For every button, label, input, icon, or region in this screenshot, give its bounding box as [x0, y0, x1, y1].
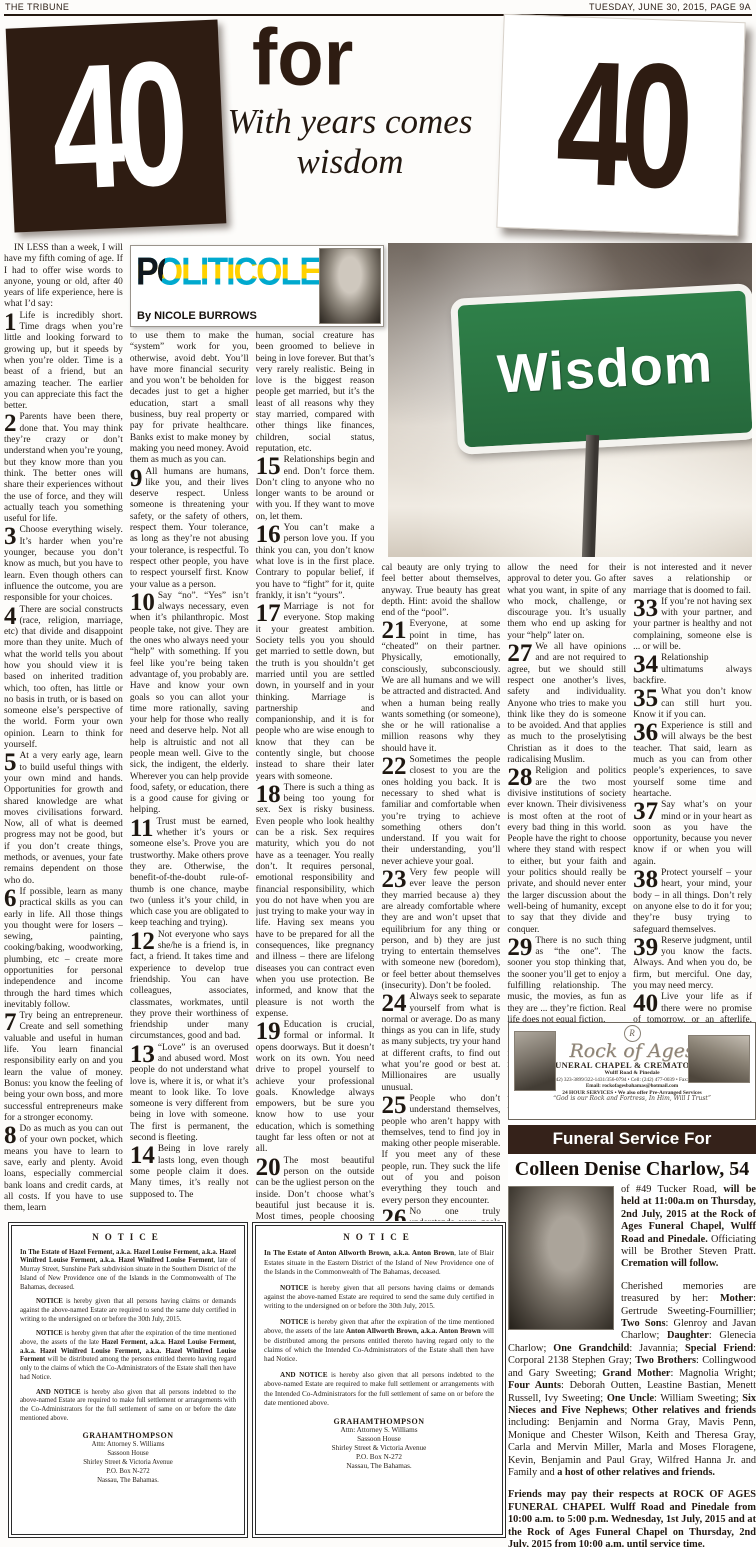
- item-number: 19: [256, 1020, 284, 1042]
- notice-paragraph: AND NOTICE is hereby also given that all…: [20, 1389, 236, 1424]
- item-number: 1: [4, 311, 20, 333]
- article-item-9: 9All humans are humans, like you, and th…: [130, 467, 249, 591]
- article-paragraph: allow the need for their approval to det…: [507, 563, 626, 642]
- article-item-10: 10Say “no”. “Yes” isn’t always necessary…: [130, 591, 249, 817]
- article-item-20: 20The most beautiful person on the outsi…: [256, 1156, 375, 1221]
- headline-tagline: With years comes wisdom: [218, 102, 482, 182]
- article-item-11: 11Trust must be earned, whether it’s you…: [130, 817, 249, 930]
- article-item-6: 6If possible, learn as many practical sk…: [4, 887, 123, 1011]
- item-number: 27: [507, 642, 535, 664]
- article-item-14: 14Being in love rarely lasts long, even …: [130, 1144, 249, 1200]
- article-item-33: 33If you’re not having sex with your par…: [633, 597, 752, 653]
- masthead-rule: [4, 14, 752, 16]
- signature-line: Nassau, The Bahamas.: [264, 1462, 494, 1471]
- paper-name: THE TRIBUNE: [5, 2, 69, 12]
- item-number: 23: [381, 868, 409, 890]
- notice-paragraph: In The Estate of Anton Allworth Brown, a…: [264, 1249, 494, 1277]
- legal-notice-brown: NOTICEIn The Estate of Anton Allworth Br…: [252, 1222, 506, 1538]
- article-column-1: IN LESS than a week, I will have my fift…: [4, 243, 123, 1221]
- headline-for: for: [252, 12, 353, 103]
- article-item-13: 13“Love” is an overused and abused word.…: [130, 1043, 249, 1145]
- article-item-27: 27We all have opinions and are not requi…: [507, 642, 626, 766]
- item-number: 20: [256, 1156, 284, 1178]
- article-item-3: 3Choose everything wisely. It’s harder w…: [4, 525, 123, 604]
- sign-post: [582, 435, 599, 557]
- item-number: 13: [130, 1043, 158, 1065]
- signature-line: Attn: Attorney S. Williams: [264, 1426, 494, 1435]
- article-item-26: 26No one truly understands your goals an…: [381, 1207, 500, 1221]
- item-number: 7: [4, 1011, 20, 1033]
- article-paragraph: to use them to make the “system” work fo…: [130, 331, 249, 467]
- item-number: 21: [381, 619, 409, 641]
- author-headshot-photo: [319, 248, 381, 324]
- politicole-logo: POLITICOLE: [136, 250, 320, 295]
- notice-paragraph: In The Estate of Hazel Ferment, a.k.a. H…: [20, 1249, 236, 1293]
- article-item-15: 15Relationships begin and end. Don’t for…: [256, 455, 375, 523]
- hearse-carriage-photo: [688, 1035, 750, 1083]
- item-number: 33: [633, 597, 661, 619]
- item-number: 38: [633, 868, 661, 890]
- masthead: THE TRIBUNE TUESDAY, JUNE 30, 2015, PAGE…: [5, 2, 751, 12]
- item-number: 36: [633, 721, 661, 743]
- headline-40-left: 40: [48, 22, 184, 230]
- item-number: 15: [256, 455, 284, 477]
- notice-paragraph: AND NOTICE is hereby also given that all…: [264, 1371, 494, 1409]
- article-item-5: 5At a very early age, learn to build use…: [4, 751, 123, 887]
- item-number: 35: [633, 687, 661, 709]
- signature-line: Attn: Attorney S. Williams: [20, 1440, 236, 1449]
- article-item-25: 25People who don’t understand themselves…: [381, 1094, 500, 1207]
- item-number: 26: [381, 1207, 409, 1221]
- chapel-motto: “God is our Rock and Fortress, In Him, W…: [509, 1096, 755, 1103]
- headline-40-right: 40: [554, 21, 689, 228]
- item-number: 3: [4, 525, 20, 547]
- article-item-21: 21Everyone, at some point in time, has “…: [381, 619, 500, 755]
- item-number: 16: [256, 523, 284, 545]
- article-item-29: 29There is no such thing as “the one”. T…: [507, 936, 626, 1026]
- article-item-1: 1Life is incredibly short. Time drags wh…: [4, 311, 123, 413]
- item-number: 17: [256, 602, 284, 624]
- article-item-34: 34Relationship ultimatums always backfir…: [633, 653, 752, 687]
- highway-sign: Wisdom: [450, 283, 752, 455]
- article-item-36: 36Experience is still and will always be…: [633, 721, 752, 800]
- item-number: 9: [130, 467, 146, 489]
- article-item-12: 12Not everyone who says she/he is a frie…: [130, 930, 249, 1043]
- signature-line: Shirley Street & Victoria Avenue: [264, 1444, 494, 1453]
- funeral-paragraph: Friends may pay their respects at ROCK O…: [508, 1489, 756, 1547]
- item-number: 29: [507, 936, 535, 958]
- article-item-8: 8Do as much as you can out of your own p…: [4, 1124, 123, 1214]
- item-number: 28: [507, 766, 535, 788]
- emblem-letter: R: [629, 1028, 635, 1038]
- funeral-notice-body: of #49 Tucker Road, will be held at 11:0…: [508, 1184, 756, 1547]
- notice-header: NOTICE: [20, 1233, 236, 1242]
- notice-header: NOTICE: [264, 1233, 494, 1242]
- notice-paragraph: NOTICE is hereby given that after the ex…: [264, 1318, 494, 1365]
- funeral-service-banner: Funeral Service For: [508, 1125, 756, 1154]
- issue-date-page: TUESDAY, JUNE 30, 2015, PAGE 9A: [589, 2, 751, 12]
- item-number: 8: [4, 1124, 20, 1146]
- item-number: 18: [256, 783, 284, 805]
- signature-line: Nassau, The Bahamas.: [20, 1476, 236, 1485]
- article-item-37: 37Say what’s on your mind or in your hea…: [633, 800, 752, 868]
- legal-notice-ferment: NOTICEIn The Estate of Hazel Ferment, a.…: [8, 1222, 248, 1538]
- politicole-logo-box: POLITICOLE By NICOLE BURROWS: [130, 245, 384, 327]
- article-item-28: 28Religion and politics are the two most…: [507, 766, 626, 935]
- notice-signature: GRAHAMTHOMPSONAttn: Attorney S. Williams…: [264, 1417, 494, 1471]
- signature-line: P.O. Box N-272: [20, 1467, 236, 1476]
- item-number: 39: [633, 936, 661, 958]
- article-item-24: 24Always seek to separate yourself from …: [381, 992, 500, 1094]
- item-number: 6: [4, 887, 20, 909]
- article-item-19: 19Education is crucial, formal or inform…: [256, 1020, 375, 1156]
- article-item-17: 17Marriage is not for everyone. Stop mak…: [256, 602, 375, 783]
- article-paragraph: human, social creature has been groomed …: [256, 331, 375, 455]
- article-column-2: to use them to make the “system” work fo…: [130, 243, 249, 1221]
- article-item-16: 16You can’t make a person love you. If y…: [256, 523, 375, 602]
- article-item-22: 22Sometimes the people closest to you ar…: [381, 755, 500, 868]
- item-number: 10: [130, 591, 158, 613]
- item-number: 25: [381, 1094, 409, 1116]
- item-number: 22: [381, 755, 409, 777]
- article-item-39: 39Reserve judgment, until you know the f…: [633, 936, 752, 992]
- article-item-38: 38Protect yourself – your heart, your mi…: [633, 868, 752, 936]
- item-number: 37: [633, 800, 661, 822]
- item-number: 5: [4, 751, 20, 773]
- notice-paragraph: NOTICE is hereby given that all persons …: [264, 1284, 494, 1312]
- article-item-2: 2Parents have been there, done that. You…: [4, 412, 123, 525]
- item-number: 34: [633, 653, 661, 675]
- article-paragraph: cal beauty are only trying to feel bette…: [381, 563, 500, 619]
- signature-line: GRAHAMTHOMPSON: [264, 1417, 494, 1426]
- item-number: 12: [130, 930, 158, 952]
- signature-line: Sassoon House: [20, 1449, 236, 1458]
- headline-40-left-box: 40: [6, 19, 227, 232]
- wisdom-sign-photo: Wisdom: [388, 243, 752, 557]
- deceased-photo: [508, 1186, 614, 1330]
- signature-line: Sassoon House: [264, 1435, 494, 1444]
- article-item-35: 35What you don’t know can still hurt you…: [633, 687, 752, 721]
- notice-paragraph: NOTICE is hereby given that all persons …: [20, 1298, 236, 1324]
- deceased-name: Colleen Denise Charlow, 54: [508, 1154, 756, 1184]
- article-paragraph: is not interested and it never saves a r…: [633, 563, 752, 597]
- item-number: 2: [4, 412, 20, 434]
- signature-line: GRAHAMTHOMPSON: [20, 1431, 236, 1440]
- funeral-chapel-ad: R Rock of Ages FUNERAL CHAPEL & CREMATOR…: [508, 1022, 756, 1120]
- article-item-4: 4There are social constructs (race, reli…: [4, 605, 123, 752]
- notice-paragraph: NOTICE is hereby given that after the ex…: [20, 1330, 236, 1382]
- article-column-3: human, social creature has been groomed …: [256, 243, 375, 1221]
- author-byline: By NICOLE BURROWS: [137, 310, 257, 322]
- item-number: 24: [381, 992, 409, 1014]
- funeral-director-photo: [514, 1031, 556, 1091]
- signature-line: Shirley Street & Victoria Avenue: [20, 1458, 236, 1467]
- funeral-section: R Rock of Ages FUNERAL CHAPEL & CREMATOR…: [508, 1022, 756, 1547]
- article-item-23: 23Very few people will ever leave the pe…: [381, 868, 500, 992]
- wisdom-sign-text: Wisdom: [496, 332, 714, 405]
- notice-signature: GRAHAMTHOMPSONAttn: Attorney S. Williams…: [20, 1431, 236, 1485]
- article-item-18: 18There is such a thing as being too you…: [256, 783, 375, 1020]
- item-number: 40: [633, 992, 661, 1014]
- item-number: 4: [4, 605, 20, 627]
- article-item-7: 7Try being an entrepreneur. Create and s…: [4, 1011, 123, 1124]
- item-number: 14: [130, 1144, 158, 1166]
- article-paragraph: IN LESS than a week, I will have my fift…: [4, 243, 123, 311]
- headline-40-right-box: 40: [496, 14, 745, 236]
- signature-line: P.O. Box N-272: [264, 1453, 494, 1462]
- item-number: 11: [130, 817, 157, 839]
